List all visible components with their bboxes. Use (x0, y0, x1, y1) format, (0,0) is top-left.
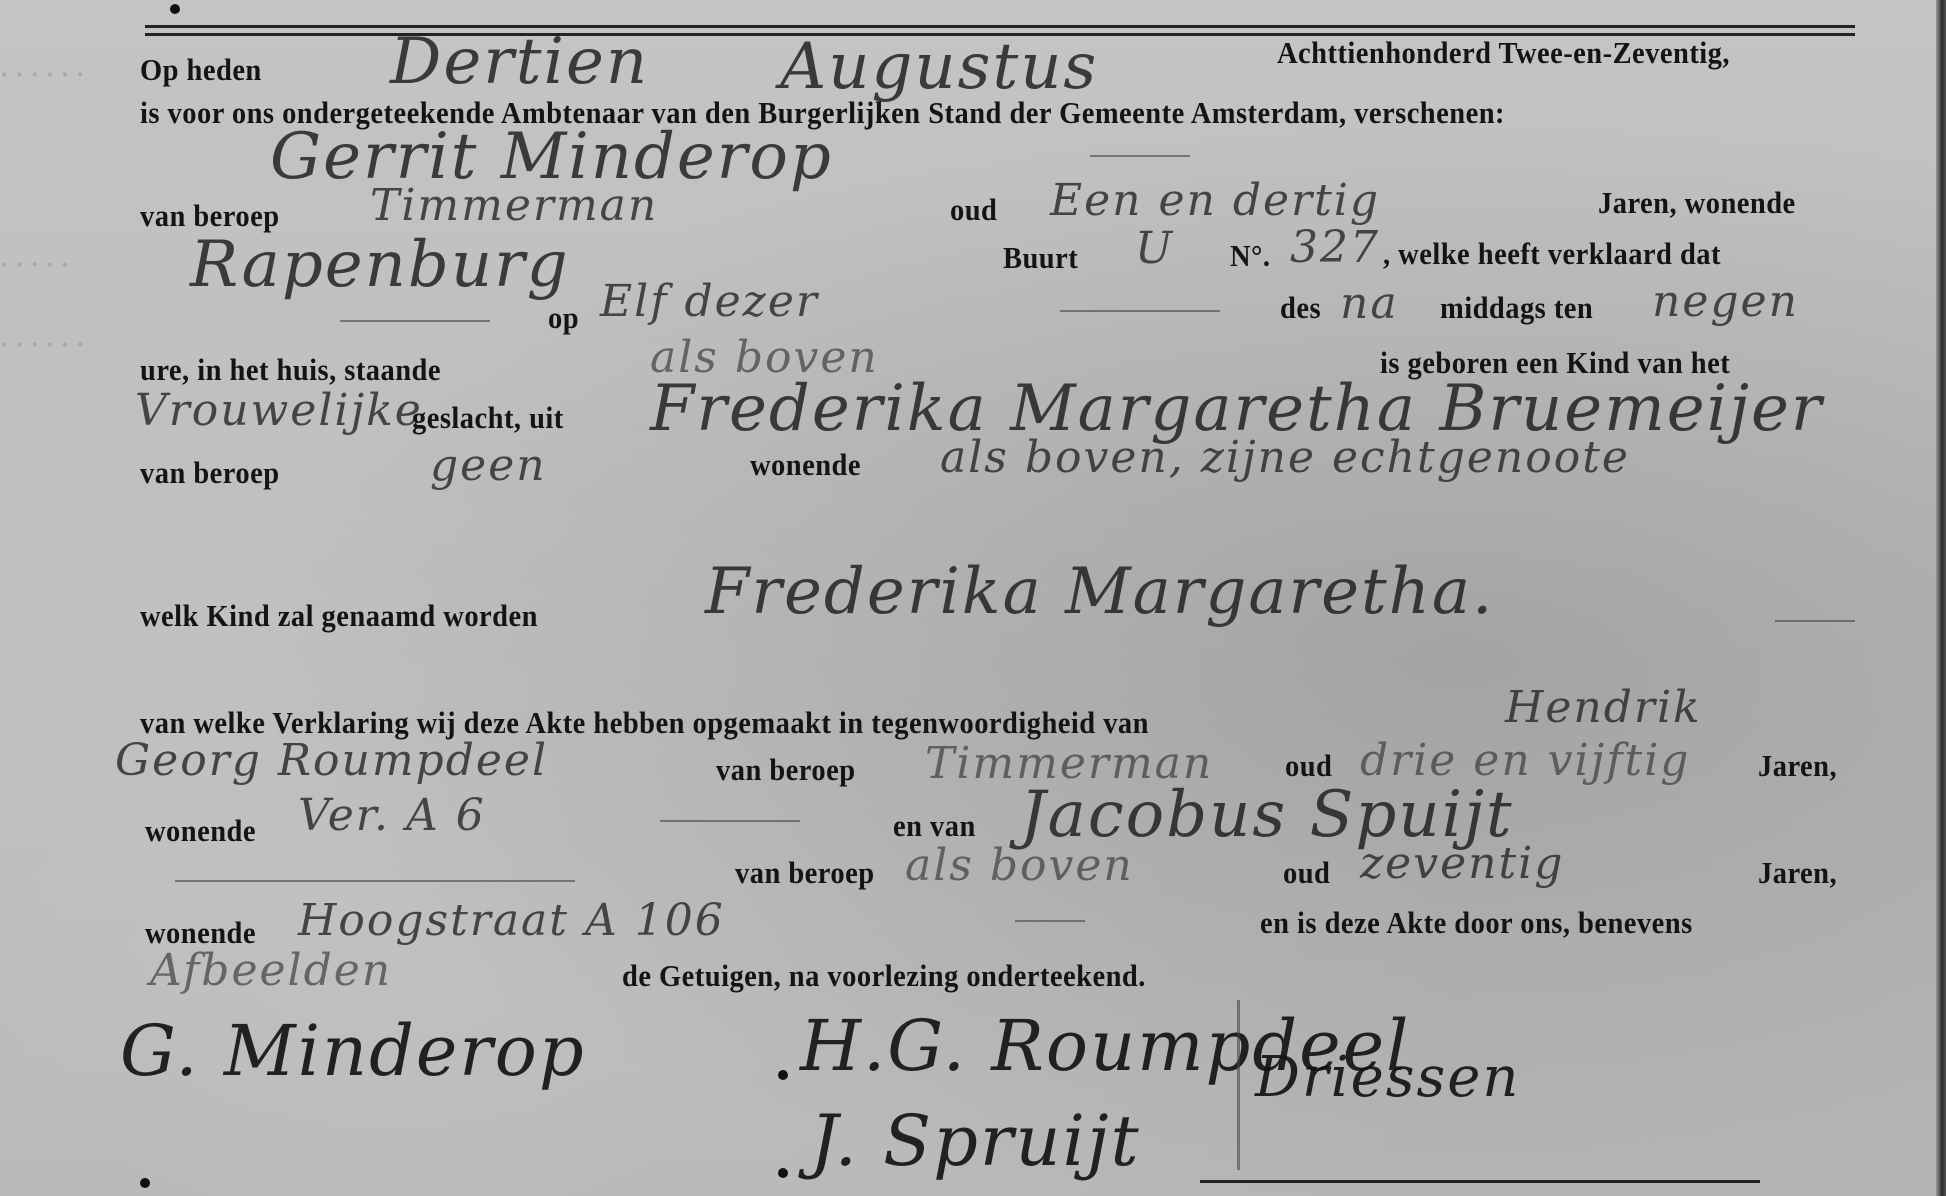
handwritten-buurt: U (1135, 223, 1174, 274)
handwritten-margin-note: Afbeelden (150, 945, 392, 996)
printed-year: Achttienhonderd Twee-en-Zeventig, (1277, 35, 1730, 71)
printed-op: op (548, 300, 579, 336)
printed-oud: oud (950, 192, 997, 228)
printed-op-heden: Op heden (140, 52, 262, 88)
printed-jaren-2: Jaren, (1758, 748, 1837, 784)
page-edge (1936, 0, 1946, 1196)
handwritten-street: Rapenburg (190, 228, 570, 302)
bottom-rule (1200, 1180, 1760, 1183)
printed-number-label: N°. (1230, 238, 1271, 274)
handwritten-witness2-occupation: als boven (905, 840, 1134, 891)
signature-official: Driessen (1255, 1045, 1520, 1110)
printed-van-beroep-3: van beroep (716, 752, 856, 788)
handwritten-witness1-first: Hendrik (1505, 682, 1702, 733)
handwritten-birth-day: Elf dezer (600, 276, 819, 327)
ink-dot (170, 4, 180, 14)
handwritten-mother-occupation: geen (430, 440, 547, 491)
signature-declarant: G. Minderop (120, 1010, 586, 1092)
pen-stroke (660, 820, 800, 822)
handwritten-child-name: Frederika Margaretha. (705, 555, 1494, 629)
pen-stroke (1060, 310, 1220, 312)
handwritten-declarant-age: Een en dertig (1050, 175, 1380, 226)
pen-stroke (340, 320, 490, 322)
ink-dot (778, 1168, 788, 1178)
printed-van-beroep-2: van beroep (140, 455, 280, 491)
printed-onderteekend: de Getuigen, na voorlezing onderteekend. (622, 958, 1146, 994)
signature-witness2: J. Spruijt (810, 1100, 1141, 1182)
printed-middags-ten: middags ten (1440, 290, 1593, 326)
bleed-through: · · · · · · (0, 60, 85, 90)
handwritten-declarant-occupation: Timmerman (370, 180, 658, 231)
handwritten-witness2-residence: Hoogstraat A 106 (298, 895, 725, 946)
handwritten-day: Dertien (390, 25, 649, 99)
printed-wonende: wonende (750, 447, 861, 483)
printed-verklaard: , welke heeft verklaard dat (1383, 236, 1721, 272)
printed-jaren-wonende: Jaren, wonende (1598, 185, 1796, 221)
handwritten-mother-residence: als boven, zijne echtgenoote (940, 432, 1630, 483)
printed-jaren-3: Jaren, (1758, 855, 1837, 891)
handwritten-witness1-residence: Ver. A 6 (298, 790, 486, 841)
handwritten-witness1-name: Georg Roumpdeel (115, 735, 548, 786)
bleed-through: · · · · · (0, 250, 69, 280)
handwritten-witness2-age: zeventig (1360, 838, 1564, 889)
handwritten-month: Augustus (780, 30, 1098, 104)
printed-des: des (1280, 290, 1321, 326)
printed-door-ons: en is deze Akte door ons, benevens (1260, 905, 1693, 941)
pen-stroke (175, 880, 575, 882)
printed-wonende-2: wonende (145, 813, 256, 849)
printed-oud-3: oud (1283, 855, 1330, 891)
handwritten-house-number: 327 (1290, 222, 1380, 273)
printed-geslacht-uit: geslacht, uit (412, 400, 564, 436)
ink-dot (778, 1070, 788, 1080)
pen-stroke (1090, 155, 1190, 157)
bracket-stroke (1237, 1000, 1240, 1170)
printed-van-beroep-4: van beroep (735, 855, 875, 891)
handwritten-time-of-day: na (1340, 278, 1399, 329)
printed-buurt: Buurt (1003, 240, 1078, 276)
pen-stroke (1775, 620, 1855, 622)
printed-genaamd-worden: welk Kind zal genaamd worden (140, 598, 538, 634)
printed-ure-huis: ure, in het huis, staande (140, 352, 441, 388)
ink-dot (140, 1178, 150, 1188)
birth-certificate-page: · · · · · · · · · · · · · · · · · Op hed… (0, 0, 1946, 1196)
bleed-through: · · · · · · (0, 330, 85, 360)
handwritten-hour: negen (1652, 276, 1799, 327)
handwritten-child-sex: Vrouwelijke (135, 385, 423, 436)
printed-en-van: en van (893, 808, 976, 844)
pen-stroke (1015, 920, 1085, 922)
